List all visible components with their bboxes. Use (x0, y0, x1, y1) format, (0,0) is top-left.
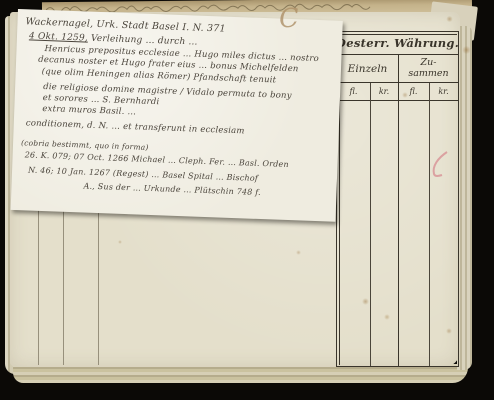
column-header-zusammen: Zu- sammen (399, 55, 458, 82)
handwritten-note-slip: Wackernagel, Urk. Stadt Basel I. N. 371 … (11, 9, 343, 222)
column-header-einzeln: Einzeln (337, 55, 398, 82)
note-line-8: (cobria bestimmt, quo in forma) (21, 138, 149, 152)
note-date: 4 Okt. 1259, (29, 31, 88, 43)
column-header-zusammen-line2: sammen (408, 69, 448, 79)
currency-table-title: Oesterr. Währung. (337, 32, 458, 55)
archival-photo: Oesterr. Währung. Einzeln Zu- sammen fl.… (0, 0, 494, 400)
subheader-fl-1: fl. (337, 83, 370, 100)
table-divider-mid (398, 55, 399, 366)
subheader-kr-2: kr. (429, 83, 458, 100)
table-divider-sub2 (429, 83, 430, 366)
column-header-zusammen-line1: Zu- (421, 58, 437, 68)
stain (462, 46, 471, 54)
letter-c-mark: C (278, 3, 300, 34)
stain (296, 250, 301, 255)
red-pencil-mark (426, 148, 452, 186)
stain (446, 16, 453, 22)
stain (118, 240, 122, 244)
subheader-kr-1: kr. (370, 83, 398, 100)
table-divider-sub1 (370, 83, 371, 366)
note-line-10: N. 46; 10 Jan. 1267 (Regest) … Basel Spi… (28, 165, 258, 182)
currency-table: Oesterr. Währung. Einzeln Zu- sammen fl.… (336, 31, 459, 367)
note-line-6: extra muros Basil. … (42, 104, 136, 117)
note-line-7: conditionem, d. N. … et transferunt in e… (26, 118, 245, 136)
note-line-11: A., Sus der … Urkunde … Plütschin 748 f. (83, 182, 261, 197)
subheader-fl-2: fl. (398, 83, 429, 100)
